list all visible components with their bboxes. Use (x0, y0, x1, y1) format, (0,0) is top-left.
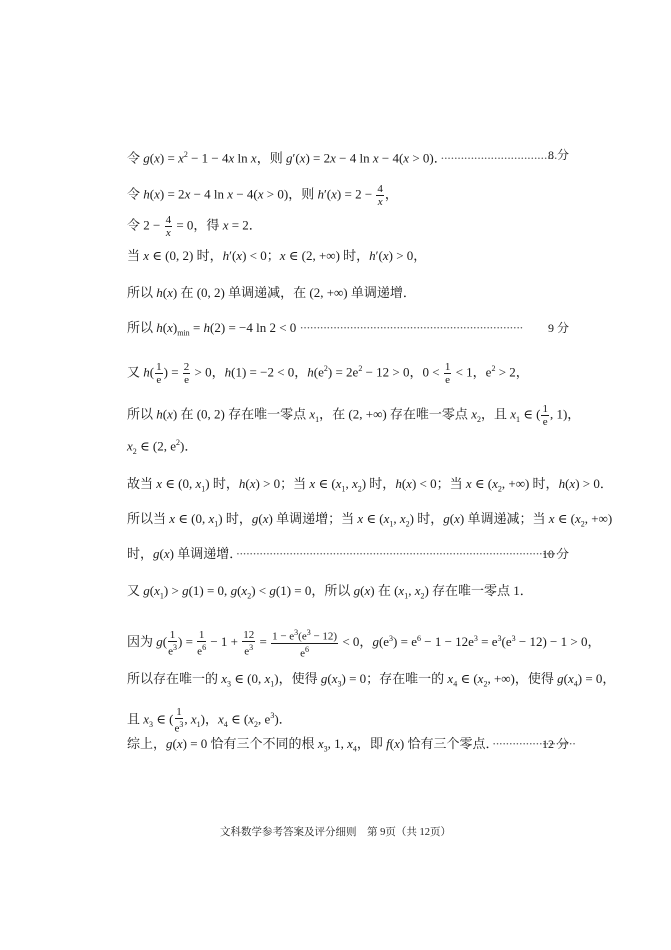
solution-line-1: 令 g(x) = x2 − 1 − 4x ln x，则 g′(x) = 2x −… (127, 146, 557, 167)
solution-line-11: 所以当 x ∈ (0, x1) 时，g(x) 单调递增；当 x ∈ (x1, x… (127, 510, 612, 534)
solution-line-14: 因为 g(1e3) = 1e6 − 1 + 12e3 = 1 − e3(e3 −… (127, 627, 600, 659)
solution-line-7: 又 h(1e) = 2e > 0，h(1) = −2 < 0，h(e2) = 2… (127, 360, 529, 386)
score-mark: 12 分 (542, 735, 569, 752)
solution-line-8: 所以 h(x) 在 (0, 2) 存在唯一零点 x1，在 (2, +∞) 存在唯… (127, 403, 580, 429)
page-footer: 文科数学参考答案及评分细则 第 9页（共 12页） (0, 824, 671, 839)
solution-line-17: 综上，g(x) = 0 恰有三个不同的根 x3, 1, x4，即 f(x) 恰有… (127, 735, 575, 759)
solution-line-3: 令 2 − 4x = 0，得 x = 2． (127, 214, 262, 239)
solution-line-2: 令 h(x) = 2x − 4 ln x − 4(x > 0)，则 h′(x) … (127, 183, 398, 208)
solution-line-10: 故当 x ∈ (0, x1) 时，h(x) > 0；当 x ∈ (x1, x2)… (127, 475, 613, 499)
solution-line-6: 所以 h(x)min = h(2) = −4 ln 2 < 0 ········… (127, 319, 523, 343)
solution-line-15: 所以存在唯一的 x3 ∈ (0, x1)，使得 g(x3) = 0；存在唯一的 … (127, 670, 615, 694)
score-mark: 10 分 (542, 545, 569, 562)
solution-line-12: 时，g(x) 单调递增．····························… (127, 545, 559, 563)
score-mark: 9 分 (548, 319, 569, 336)
solution-line-4: 当 x ∈ (0, 2) 时，h′(x) < 0；x ∈ (2, +∞) 时，h… (127, 247, 426, 265)
solution-line-5: 所以 h(x) 在 (0, 2) 单调递减，在 (2, +∞) 单调递增． (127, 284, 416, 302)
solution-line-13: 又 g(x1) > g(1) = 0, g(x2) < g(1) = 0，所以 … (127, 582, 533, 606)
score-mark: 8 分 (548, 146, 569, 163)
solution-line-16: 且 x3 ∈ (1e3, x1)，x4 ∈ (x2, e3)． (127, 706, 292, 735)
solution-line-9: x2 ∈ (2, e2)． (127, 434, 197, 461)
